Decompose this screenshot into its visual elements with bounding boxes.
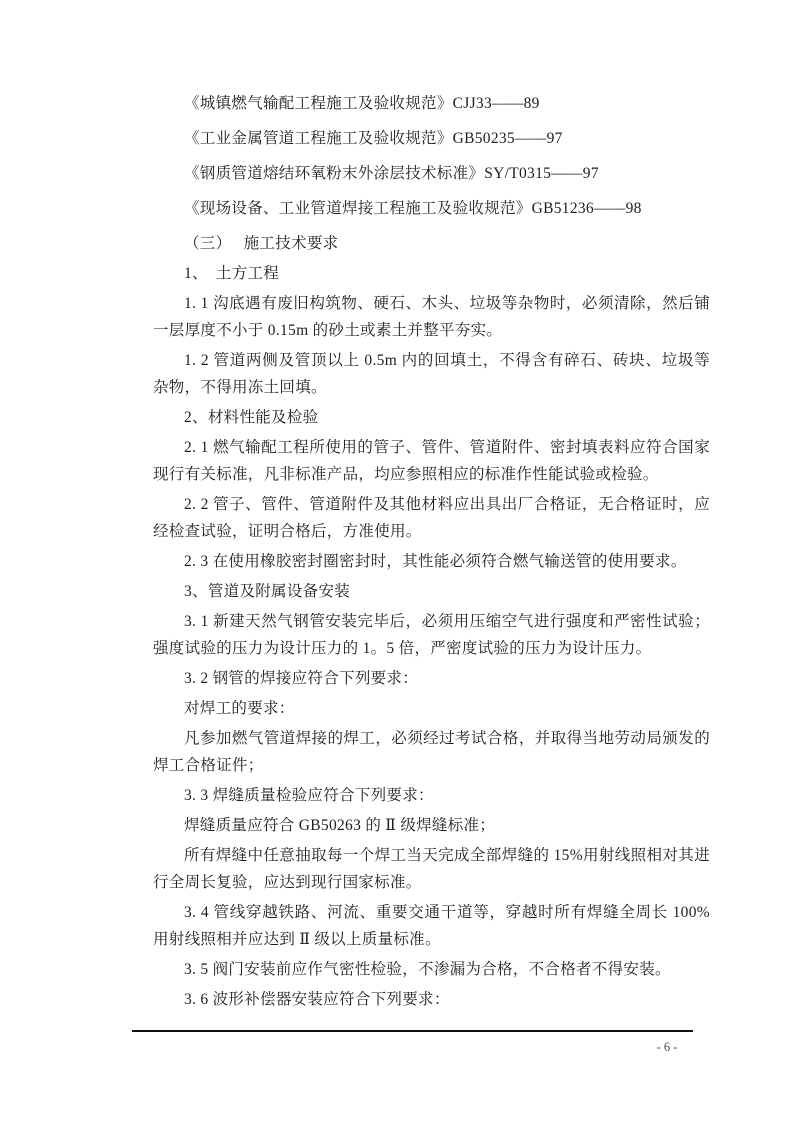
paragraph: 对焊工的要求： bbox=[153, 695, 710, 722]
paragraph: 3. 4 管线穿越铁路、河流、重要交通干道等，穿越时所有焊缝全周长 100%用射… bbox=[153, 899, 710, 953]
page-number: - 6 - bbox=[635, 1038, 699, 1056]
paragraph: 所有焊缝中任意抽取每一个焊工当天完成全部焊缝的 15%用射线照相对其进行全周长复… bbox=[153, 842, 710, 896]
paragraph: 3. 5 阀门安装前应作气密性检验，不渗漏为合格，不合格者不得安装。 bbox=[153, 956, 710, 983]
document-body: 《城镇燃气输配工程施工及验收规范》CJJ33——89《工业金属管道工程施工及验收… bbox=[153, 90, 710, 1016]
paragraph: 1、 土方工程 bbox=[153, 260, 710, 287]
paragraph: 焊缝质量应符合 GB50263 的 Ⅱ 级焊缝标准； bbox=[153, 812, 710, 839]
paragraph: 《城镇燃气输配工程施工及验收规范》CJJ33——89 bbox=[153, 90, 710, 117]
paragraph: 3、管道及附属设备安装 bbox=[153, 578, 710, 605]
footer-rule bbox=[132, 1030, 693, 1032]
paragraph: 3. 1 新建天然气钢管安装完毕后，必须用压缩空气进行强度和严密性试验；强度试验… bbox=[153, 608, 710, 662]
paragraph: 凡参加燃气管道焊接的焊工，必须经过考试合格，并取得当地劳动局颁发的焊工合格证件； bbox=[153, 725, 710, 779]
paragraph: 《现场设备、工业管道焊接工程施工及验收规范》GB51236——98 bbox=[153, 195, 710, 222]
paragraph: 《工业金属管道工程施工及验收规范》GB50235——97 bbox=[153, 125, 710, 152]
paragraph: （三） 施工技术要求 bbox=[153, 230, 710, 257]
paragraph: 2. 2 管子、管件、管道附件及其他材料应出具出厂合格证，无合格证时，应经检查试… bbox=[153, 491, 710, 545]
paragraph: 3. 6 波形补偿器安装应符合下列要求： bbox=[153, 986, 710, 1013]
document-page: 《城镇燃气输配工程施工及验收规范》CJJ33——89《工业金属管道工程施工及验收… bbox=[0, 0, 793, 1122]
paragraph: 3. 3 焊缝质量检验应符合下列要求： bbox=[153, 782, 710, 809]
paragraph: 2、材料性能及检验 bbox=[153, 404, 710, 431]
paragraph: 2. 1 燃气输配工程所使用的管子、管件、管道附件、密封填表料应符合国家现行有关… bbox=[153, 434, 710, 488]
paragraph: 1. 2 管道两侧及管顶以上 0.5m 内的回填土，不得含有碎石、砖块、垃圾等杂… bbox=[153, 347, 710, 401]
paragraph: 2. 3 在使用橡胶密封圈密封时，其性能必须符合燃气输送管的使用要求。 bbox=[153, 548, 710, 575]
paragraph: 1. 1 沟底遇有废旧构筑物、硬石、木头、垃圾等杂物时，必须清除，然后铺一层厚度… bbox=[153, 290, 710, 344]
paragraph: 《钢质管道熔结环氧粉末外涂层技术标准》SY/T0315——97 bbox=[153, 160, 710, 187]
paragraph: 3. 2 钢管的焊接应符合下列要求： bbox=[153, 665, 710, 692]
